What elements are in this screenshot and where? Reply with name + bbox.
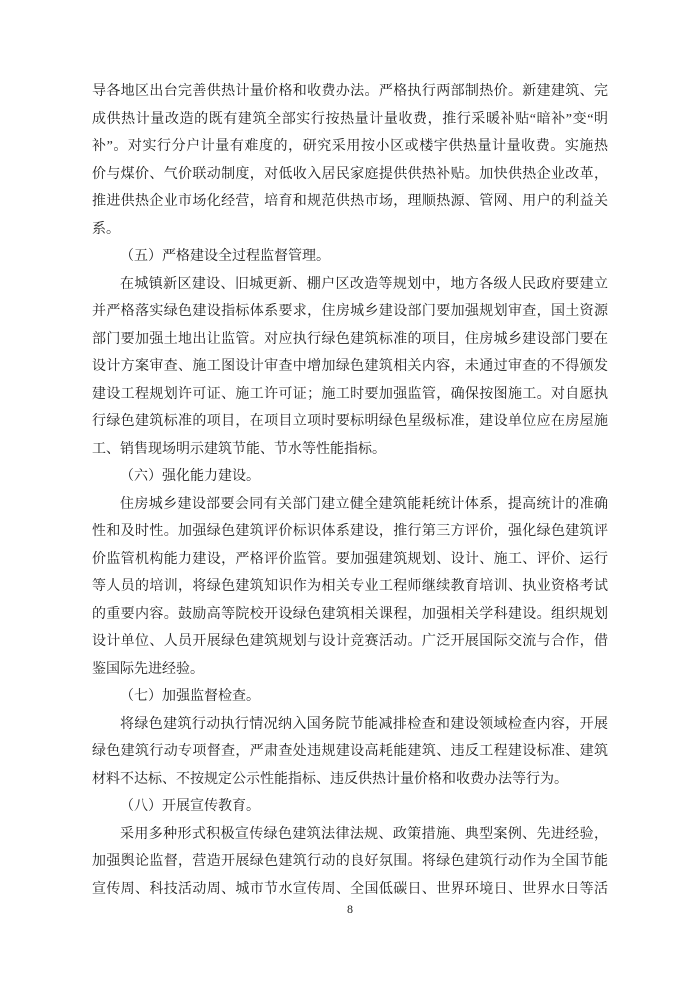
text-line: 等人员的培训，将绿色建筑知识作为相关专业工程师继续教育培训、执业资格考试	[92, 573, 608, 601]
text-line: 的重要内容。鼓励高等院校开设绿色建筑相关课程，加强相关学科建设。组织规划	[92, 601, 608, 629]
document-page: 导各地区出台完善供热计量价格和收费办法。严格执行两部制热价。新建建筑、完成供热计…	[0, 0, 700, 990]
document-body: 导各地区出台完善供热计量价格和收费办法。严格执行两部制热价。新建建筑、完成供热计…	[92, 78, 608, 903]
text-line: 将绿色建筑行动执行情况纳入国务院节能减排检查和建设领域检查内容，开展	[92, 711, 608, 739]
text-line: （六）强化能力建设。	[92, 463, 608, 491]
text-line: 宣传周、科技活动周、城市节水宣传周、全国低碳日、世界环境日、世界水日等活	[92, 876, 608, 904]
text-line: 住房城乡建设部要会同有关部门建立健全建筑能耗统计体系，提高统计的准确	[92, 491, 608, 519]
text-line: 系。	[92, 216, 608, 244]
text-line: 绿色建筑行动专项督查，严肃查处违规建设高耗能建筑、违反工程建设标准、建筑	[92, 738, 608, 766]
text-line: 材料不达标、不按规定公示性能指标、违反供热计量价格和收费办法等行为。	[92, 766, 608, 794]
text-line: 并严格落实绿色建设指标体系要求，住房城乡建设部门要加强规划审查，国土资源	[92, 298, 608, 326]
text-line: 推进供热企业市场化经营，培育和规范供热市场，理顺热源、管网、用户的利益关	[92, 188, 608, 216]
text-line: 补”。对实行分户计量有难度的，研究采用按小区或楼宇供热量计量收费。实施热	[92, 133, 608, 161]
text-line: 成供热计量改造的既有建筑全部实行按热量计量收费，推行采暖补贴“暗补”变“明	[92, 106, 608, 134]
text-line: 导各地区出台完善供热计量价格和收费办法。严格执行两部制热价。新建建筑、完	[92, 78, 608, 106]
text-line: （五）严格建设全过程监督管理。	[92, 243, 608, 271]
page-number: 8	[0, 901, 700, 917]
text-line: 部门要加强土地出让监管。对应执行绿色建筑标准的项目，住房城乡建设部门要在	[92, 326, 608, 354]
text-line: 设计方案审查、施工图设计审查中增加绿色建筑相关内容，未通过审查的不得颁发	[92, 353, 608, 381]
text-line: （八）开展宣传教育。	[92, 793, 608, 821]
text-line: 工、销售现场明示建筑节能、节水等性能指标。	[92, 436, 608, 464]
text-line: 在城镇新区建设、旧城更新、棚户区改造等规划中，地方各级人民政府要建立	[92, 271, 608, 299]
text-line: 建设工程规划许可证、施工许可证；施工时要加强监管，确保按图施工。对自愿执	[92, 381, 608, 409]
text-line: （七）加强监督检查。	[92, 683, 608, 711]
text-line: 性和及时性。加强绿色建筑评价标识体系建设，推行第三方评价，强化绿色建筑评	[92, 518, 608, 546]
text-line: 鉴国际先进经验。	[92, 656, 608, 684]
text-line: 采用多种形式积极宣传绿色建筑法律法规、政策措施、典型案例、先进经验，	[92, 821, 608, 849]
text-line: 价监管机构能力建设，严格评价监管。要加强建筑规划、设计、施工、评价、运行	[92, 546, 608, 574]
text-line: 设计单位、人员开展绿色建筑规划与设计竞赛活动。广泛开展国际交流与合作，借	[92, 628, 608, 656]
text-line: 价与煤价、气价联动制度，对低收入居民家庭提供供热补贴。加快供热企业改革，	[92, 161, 608, 189]
text-line: 加强舆论监督，营造开展绿色建筑行动的良好氛围。将绿色建筑行动作为全国节能	[92, 848, 608, 876]
text-line: 行绿色建筑标准的项目，在项目立项时要标明绿色星级标准，建设单位应在房屋施	[92, 408, 608, 436]
